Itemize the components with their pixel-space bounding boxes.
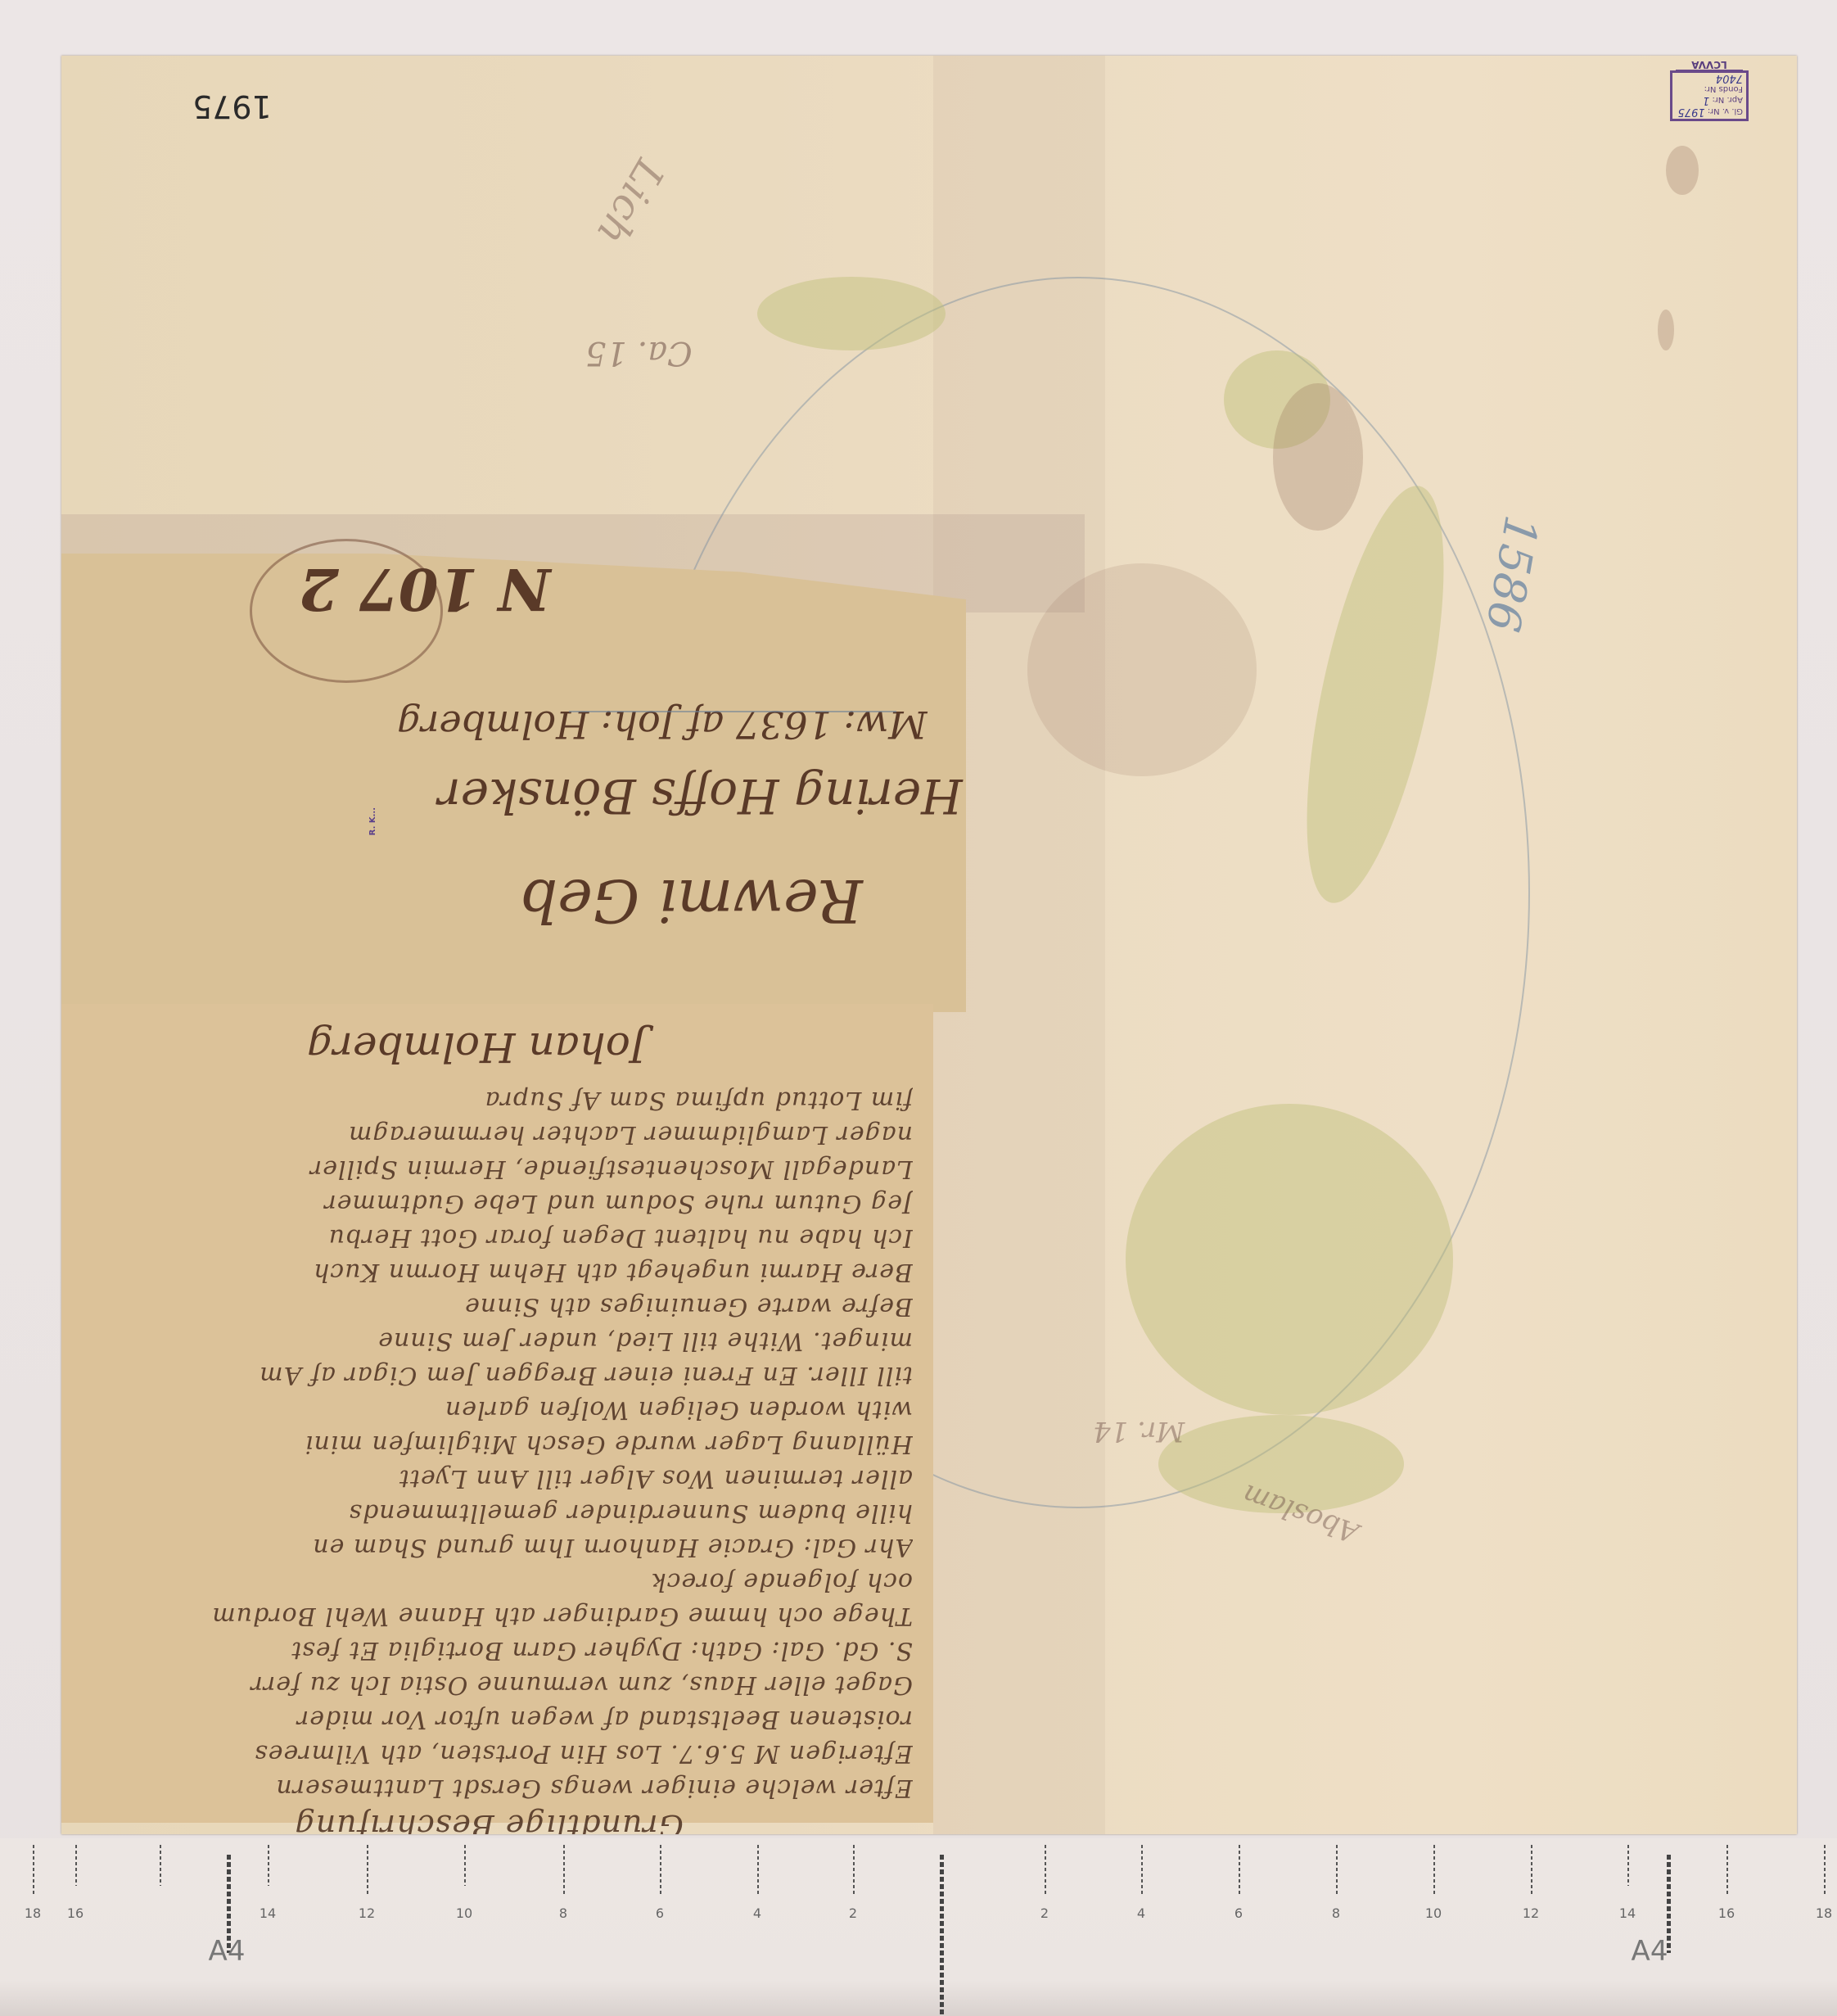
ruler-tick [464, 1845, 466, 1886]
ruler-tick [1433, 1845, 1435, 1894]
ruler-tick [1239, 1845, 1240, 1894]
map-brown-area [1027, 563, 1257, 776]
ruler-a4-label-right: A4 [1632, 1935, 1668, 1968]
ruler-label: 12 [1523, 1905, 1539, 1921]
ruler-tick [1627, 1845, 1629, 1886]
stamp-gl-label: Gl. v. Nr: [1708, 106, 1743, 115]
ruler-center-line [940, 1855, 944, 2016]
ruler-label: 8 [1332, 1905, 1340, 1921]
stamp-fonds-label: Fonds Nr: [1704, 84, 1743, 93]
ruler-label: 4 [753, 1905, 761, 1921]
side-stamp: R. K... [368, 807, 377, 835]
ruler-label: 2 [849, 1905, 857, 1921]
ruler-label: 8 [559, 1905, 567, 1921]
letter-line: hille budem Sunnerdinder gemelltmmends [78, 1498, 913, 1527]
ruler-tick [1531, 1845, 1532, 1894]
stamp-institution: LCVVA [1676, 59, 1743, 71]
archive-stamp: Gl. v. Nr: 1975 Apr. Nr: 1 Fonds Nr: 740… [1670, 70, 1749, 121]
endorsement-line-2: Hering Hoffs Bönsker [438, 768, 963, 824]
stamp-fonds-value: 7404 [1716, 72, 1743, 84]
letter-line: Hüllanng Lager wurde Gesch Mitglimfen mi… [78, 1430, 913, 1458]
ruler-label: 12 [359, 1905, 375, 1921]
ink-spot [1666, 146, 1699, 195]
letter-line: minget. Withe till Lied, under Jem Sinne [78, 1327, 913, 1355]
letter-line: nager Lamglidmmer Lachter hermmeragm [78, 1120, 913, 1149]
letter-line: Ich habe nu haltent Degen forar Gott Her… [78, 1223, 913, 1252]
document-sheet: 1975 Gl. v. Nr: 1975 Apr. Nr: 1 Fonds Nr… [61, 56, 1797, 1834]
stamp-apr-value: 1 [1703, 94, 1709, 106]
ruler-label: 6 [656, 1905, 664, 1921]
letter-line: roistenen Beeltstand af wegen uftor Vor … [78, 1705, 913, 1733]
letter-line: till Iller. En Freni einer Breggen Jem C… [78, 1361, 913, 1390]
ruler-tick [563, 1845, 565, 1894]
letter-line: Gaget eller Haus, zum vermunne Ostia Ich… [78, 1670, 913, 1699]
ruler-tick [268, 1845, 269, 1886]
ruler-label: 10 [1425, 1905, 1442, 1921]
ruler-label: 18 [1816, 1905, 1832, 1921]
ruler-label: 2 [1040, 1905, 1049, 1921]
letter-line: aller terminen Wos Alger till Ann Lyett [78, 1464, 913, 1493]
map-green-area [1126, 1104, 1453, 1415]
letter-line: Landegall Moschentestfiende, Hermin Spil… [78, 1155, 913, 1183]
folder-mark: N 107 2 [299, 555, 551, 623]
ruler-label: 10 [456, 1905, 472, 1921]
letter-line: Thege och hmme Gardinger ath Hanne Wehl … [78, 1602, 913, 1630]
faint-label: Mr. 14 [1093, 1415, 1185, 1448]
letter-line: Jeg Gutum ruhe Sodum und Lebe Gudtmmer [78, 1189, 913, 1218]
ruler-label: 16 [67, 1905, 83, 1921]
letter-signature: Johan Holmberg [307, 1024, 647, 1071]
ruler-label: 18 [25, 1905, 41, 1921]
ruler-tick [33, 1845, 34, 1894]
faint-label: Lich [587, 151, 673, 253]
ruler-label: 14 [260, 1905, 276, 1921]
ruler-tick [160, 1845, 161, 1886]
ruler-a4-label-left: A4 [209, 1935, 246, 1968]
ruler-tick [1045, 1845, 1046, 1894]
ink-spot [1658, 310, 1674, 350]
letter-heading: Gründtlige Beschrifung [192, 1808, 684, 1834]
ruler-tick [1336, 1845, 1338, 1894]
ruler-tick [1824, 1845, 1826, 1894]
ruler-tick [1726, 1845, 1728, 1894]
map-green-area [757, 277, 946, 350]
letter-line: Efter welche einiger wengs Gersdt Lanttm… [78, 1774, 913, 1802]
ruler-tick [367, 1845, 368, 1894]
endorsement-line-3: Mw: 1637 af Joh: Holmberg [397, 703, 927, 747]
letter-line: fim Lottud upfima Sam Af Supra [78, 1086, 913, 1114]
ruler-tick [757, 1845, 759, 1894]
ruler-label: 16 [1718, 1905, 1735, 1921]
letter-line: Efterigen M 5.6.7. Los Hin Portsten, ath… [78, 1739, 913, 1768]
map-brown-area [1273, 383, 1363, 531]
faint-label: Ca. 15 [585, 334, 693, 372]
ruler-tick [1141, 1845, 1143, 1894]
letter-line: with worden Geligen Wolfen garlen [78, 1395, 913, 1424]
letter-line: Bere Harmi ungehegt ath Hehm Hormn Kuch [78, 1258, 913, 1286]
ruler-tick [853, 1845, 855, 1894]
letter-line: och folgende foreck [78, 1567, 913, 1596]
stamp-apr-label: Apr. Nr: [1712, 95, 1743, 104]
ruler-label: 6 [1234, 1905, 1243, 1921]
stamp-gl-value: 1975 [1678, 106, 1705, 118]
ruler-label: 4 [1137, 1905, 1145, 1921]
measurement-ruler: 18 16 14 12 10 8 6 4 2 2 4 6 8 10 12 14 … [0, 1838, 1837, 2016]
endorsement-line-1: Rewmi Geb [520, 866, 863, 935]
letter-line: Ahr Gal: Gracie Hanhorn Ihm grund Sham e… [78, 1533, 913, 1562]
ruler-label: 14 [1619, 1905, 1636, 1921]
ruler-tick [660, 1845, 661, 1894]
archive-number: 1975 [192, 88, 272, 124]
pencil-number: 1586 [1475, 512, 1548, 636]
ruler-tick [75, 1845, 77, 1886]
pencil-rule [569, 711, 896, 712]
letter-line: S. Gd. Gal: Gath: Dygher Garn Bortiglia … [78, 1636, 913, 1665]
letter-line: Befre warte Genuiniges ath Sinne [78, 1292, 913, 1321]
